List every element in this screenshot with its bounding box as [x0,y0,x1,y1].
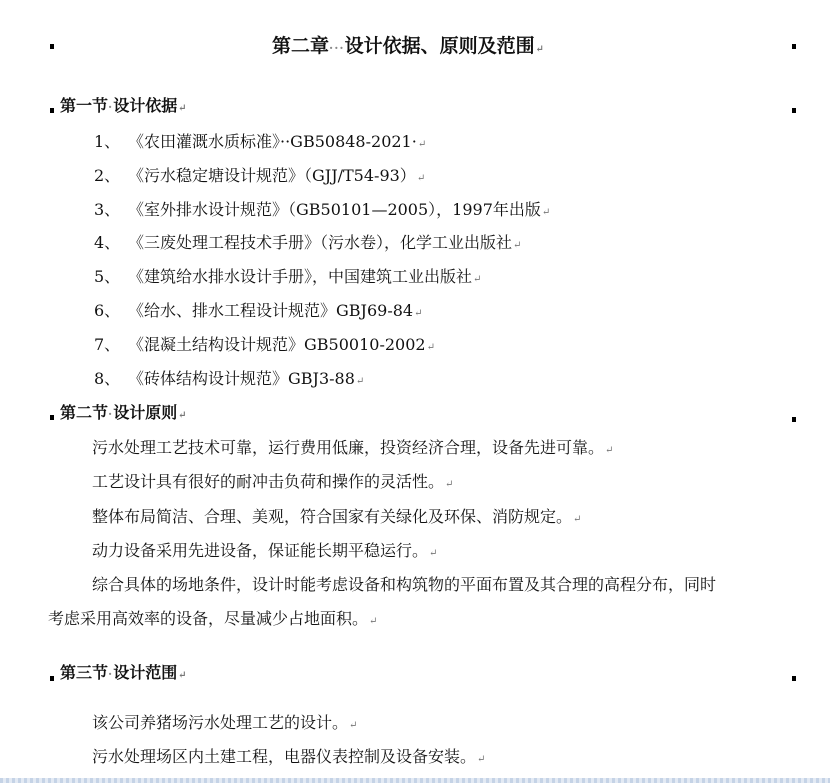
right-margin-marker [792,108,796,113]
list-number: 4、 [94,233,128,253]
paragraph-text: 污水处理工艺技术可靠，运行费用低廉，投资经济合理，设备先进可靠。 [92,438,604,457]
paragraph-text: 污水处理场区内土建工程，电器仪表控制及设备安装。 [92,747,476,766]
section-title: 设计范围 [113,663,177,682]
left-margin-marker [50,108,54,113]
list-number: 6、 [94,301,128,321]
section-title: 设计依据 [113,96,177,115]
section-title: 设计原则 [113,403,177,422]
list-number: 2、 [94,166,128,186]
body-paragraph[interactable]: 动力设备采用先进设备，保证能长期平稳运行。↵ [92,541,437,564]
paragraph-mark-icon: ↵ [473,274,481,285]
paragraph-mark-icon: ↵ [178,103,186,114]
paragraph-mark-icon: ↵ [178,410,186,421]
list-item[interactable]: 7、《混凝土结构设计规范》GB50010-2002↵ [94,335,435,358]
left-margin-marker [50,44,54,49]
list-item[interactable]: 3、《室外排水设计规范》（GB50101—2005），1997年出版↵ [94,200,550,223]
paragraph-text: 动力设备采用先进设备，保证能长期平稳运行。 [92,541,428,560]
paragraph-text: 综合具体的场地条件，设计时能考虑设备和构筑物的平面布置及其合理的高程分布，同时 [92,575,716,594]
body-paragraph[interactable]: 该公司养猪场污水处理工艺的设计。↵ [92,713,357,736]
list-item[interactable]: 6、《给水、排水工程设计规范》GBJ69-84↵ [94,301,422,324]
section-number: 第一节 [60,96,108,115]
list-text: 《室外排水设计规范》（GB50101—2005），1997年出版 [128,200,541,219]
list-text: 《砖体结构设计规范》GBJ3-88 [128,369,355,388]
page-bottom-edge [0,778,830,783]
list-number: 3、 [94,200,128,220]
body-paragraph[interactable]: 整体布局简洁、合理、美观，符合国家有关绿化及环保、消防规定。↵ [92,507,581,530]
paragraph-mark-icon: ↵ [605,445,613,456]
paragraph-mark-icon: ↵ [477,754,485,765]
chapter-prefix: 第二章 [272,35,329,57]
list-item[interactable]: 1、《农田灌溉水质标准》··GB50848-2021·↵ [94,132,426,155]
right-margin-marker [792,44,796,49]
paragraph-mark-icon: ↵ [445,479,453,490]
paragraph-mark-icon: ↵ [349,720,357,731]
list-item[interactable]: 5、《建筑给水排水设计手册》，中国建筑工业出版社↵ [94,267,481,290]
paragraph-text: 整体布局简洁、合理、美观，符合国家有关绿化及环保、消防规定。 [92,507,572,526]
paragraph-mark-icon: ↵ [356,376,364,387]
paragraph-mark-icon: ↵ [429,548,437,559]
right-margin-marker [792,676,796,681]
body-paragraph[interactable]: 工艺设计具有很好的耐冲击负荷和操作的灵活性。↵ [92,472,453,495]
paragraph-mark-icon: ↵ [178,670,186,681]
paragraph-mark-icon: ↵ [427,342,435,353]
list-item[interactable]: 2、《污水稳定塘设计规范》（GJJ/T54-93）↵ [94,166,425,189]
paragraph-text: 工艺设计具有很好的耐冲击负荷和操作的灵活性。 [92,472,444,491]
list-number: 8、 [94,369,128,389]
section-heading[interactable]: 第二节·设计原则↵ [60,403,187,426]
document-page: 第二章···设计依据、原则及范围↵ 第一节·设计依据↵ 1、《农田灌溉水质标准》… [0,0,830,778]
list-text: 《三废处理工程技术手册》（污水卷），化学工业出版社 [128,233,512,252]
paragraph-mark-icon: ↵ [369,616,377,627]
list-number: 7、 [94,335,128,355]
body-paragraph[interactable]: 污水处理场区内土建工程，电器仪表控制及设备安装。↵ [92,747,485,770]
section-number: 第二节 [60,403,108,422]
space-marks: ··· [329,41,345,55]
list-item[interactable]: 4、《三废处理工程技术手册》（污水卷），化学工业出版社↵ [94,233,521,256]
list-text: 《污水稳定塘设计规范》（GJJ/T54-93） [128,166,416,185]
chapter-title-text: 设计依据、原则及范围 [345,35,535,57]
paragraph-mark-icon: ↵ [542,207,550,218]
list-text: 《建筑给水排水设计手册》，中国建筑工业出版社 [128,267,472,286]
chapter-title[interactable]: 第二章···设计依据、原则及范围↵ [272,34,544,62]
list-text: 《农田灌溉水质标准》··GB50848-2021· [128,132,417,151]
body-paragraph[interactable]: 综合具体的场地条件，设计时能考虑设备和构筑物的平面布置及其合理的高程分布，同时 [92,575,716,595]
list-item[interactable]: 8、《砖体结构设计规范》GBJ3-88↵ [94,369,364,392]
paragraph-text: 考虑采用高效率的设备，尽量减少占地面积。 [48,609,368,628]
right-margin-marker [792,417,796,422]
list-number: 5、 [94,267,128,287]
list-text: 《混凝土结构设计规范》GB50010-2002 [128,335,426,354]
paragraph-text: 该公司养猪场污水处理工艺的设计。 [92,713,348,732]
list-text: 《给水、排水工程设计规范》GBJ69-84 [128,301,413,320]
list-number: 1、 [94,132,128,152]
paragraph-mark-icon: ↵ [573,514,581,525]
left-margin-marker [50,415,54,420]
paragraph-mark-icon: ↵ [513,240,521,251]
section-heading[interactable]: 第一节·设计依据↵ [60,96,187,119]
paragraph-mark-icon: ↵ [417,173,425,184]
paragraph-mark-icon: ↵ [536,44,544,55]
paragraph-mark-icon: ↵ [414,308,422,319]
paragraph-mark-icon: ↵ [418,139,426,150]
left-margin-marker [50,676,54,681]
body-paragraph-continuation[interactable]: 考虑采用高效率的设备，尽量减少占地面积。↵ [48,609,377,632]
section-heading[interactable]: 第三节·设计范围↵ [60,663,187,686]
body-paragraph[interactable]: 污水处理工艺技术可靠，运行费用低廉，投资经济合理，设备先进可靠。↵ [92,438,613,461]
section-number: 第三节 [60,663,108,682]
